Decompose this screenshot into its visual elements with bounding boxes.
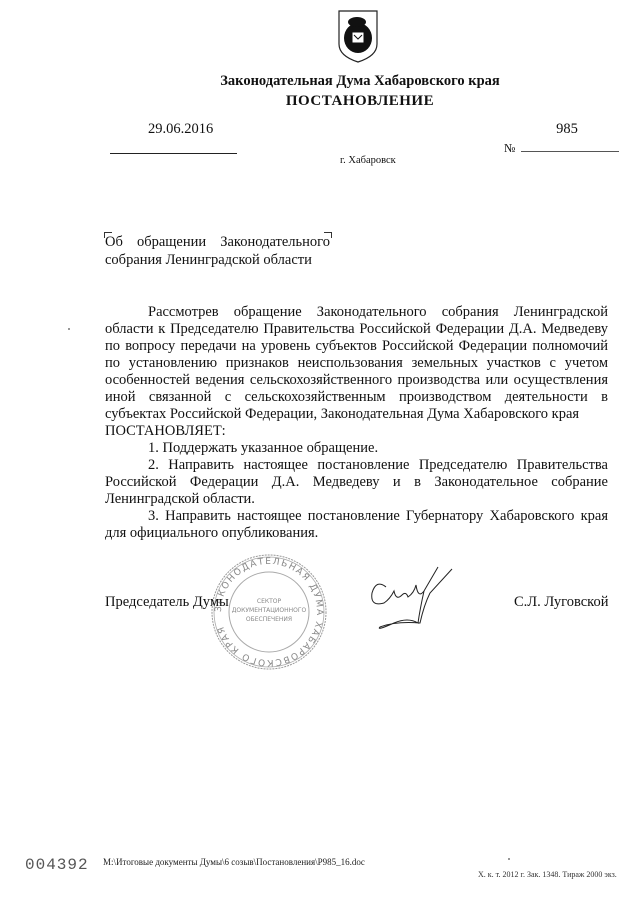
scan-speck <box>508 858 510 860</box>
print-info: Х. к. т. 2012 г. Зак. 1348. Тираж 2000 э… <box>478 870 617 879</box>
resolves-label: ПОСТАНОВЛЯЕТ: <box>105 423 608 440</box>
preamble-paragraph: Рассмотрев обращение Законодательного со… <box>105 304 608 423</box>
subject-line-2: собрания Ленинградской области <box>105 251 330 269</box>
resolution-item-1: 1. Поддержать указанное обращение. <box>105 440 608 457</box>
resolution-item-3: 3. Направить настоящее постановление Губ… <box>105 508 608 542</box>
organization-name: Законодательная Дума Хабаровского края <box>0 73 640 90</box>
chairman-position: Председатель Думы <box>105 594 229 611</box>
number-sign: № <box>504 141 515 156</box>
document-subject: Об обращении Законодательного собрания Л… <box>105 233 330 269</box>
file-path: M:\Итоговые документы Думы\6 созыв\Поста… <box>103 857 365 867</box>
subject-word: Законодательного <box>220 233 330 251</box>
registration-number: 004392 <box>25 856 89 874</box>
document-body: Рассмотрев обращение Законодательного со… <box>105 304 608 542</box>
city-label: г. Хабаровск <box>340 155 396 166</box>
document-date: 29.06.2016 <box>148 121 213 138</box>
scan-speck <box>68 328 70 330</box>
chairman-name: С.Л. Луговской <box>514 594 608 611</box>
number-underline <box>521 151 619 152</box>
subject-word: обращении <box>137 233 206 251</box>
handwritten-signature <box>368 565 458 635</box>
document-type-title: ПОСТАНОВЛЕНИЕ <box>0 93 640 110</box>
date-underline <box>110 153 237 154</box>
resolution-item-2: 2. Направить настоящее постановление Пре… <box>105 457 608 508</box>
stamp-inner-line-3: ОБЕСПЕЧЕНИЯ <box>246 616 292 623</box>
stamp-inner-line-1: СЕКТОР <box>257 598 282 605</box>
coat-of-arms-emblem <box>336 8 380 64</box>
stamp-inner-line-2: ДОКУМЕНТАЦИОННОГО <box>232 607 307 614</box>
document-number: 985 <box>537 121 597 138</box>
subject-word: Об <box>105 233 123 251</box>
official-seal-stamp: ЗАКОНОДАТЕЛЬНАЯ ДУМА ХАБАРОВСКОГО КРАЯ С… <box>210 553 328 671</box>
